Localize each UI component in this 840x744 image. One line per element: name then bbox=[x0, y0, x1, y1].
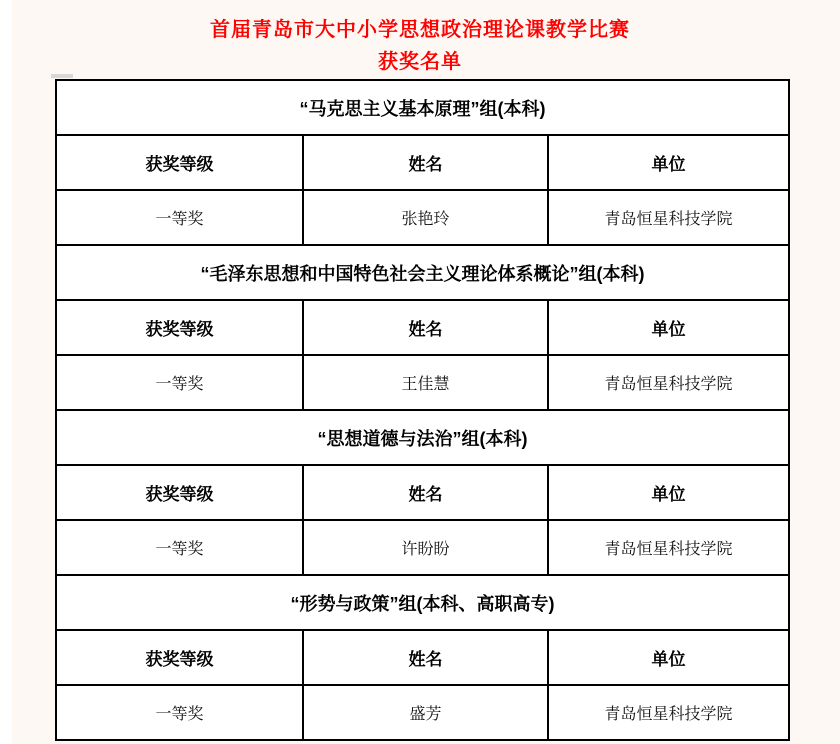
document-subtitle: 获奖名单 bbox=[0, 50, 840, 74]
table-row: 一等奖许盼盼青岛恒星科技学院 bbox=[56, 520, 789, 575]
award-level-cell: 一等奖 bbox=[56, 355, 303, 410]
name-cell: 盛芳 bbox=[303, 685, 548, 740]
column-header-award-level: 获奖等级 bbox=[56, 300, 303, 355]
awards-table-body: “马克思主义基本原理”组(本科)获奖等级姓名单位一等奖张艳玲青岛恒星科技学院“毛… bbox=[56, 80, 789, 740]
name-cell: 王佳慧 bbox=[303, 355, 548, 410]
column-header-name: 姓名 bbox=[303, 300, 548, 355]
column-header-award-level: 获奖等级 bbox=[56, 465, 303, 520]
column-header-organization: 单位 bbox=[548, 465, 789, 520]
column-header-name: 姓名 bbox=[303, 135, 548, 190]
table-row: 一等奖盛芳青岛恒星科技学院 bbox=[56, 685, 789, 740]
group-header-row: “马克思主义基本原理”组(本科) bbox=[56, 80, 789, 135]
page-left-margin bbox=[0, 0, 12, 744]
group-header-row: “思想道德与法治”组(本科) bbox=[56, 410, 789, 465]
name-cell: 张艳玲 bbox=[303, 190, 548, 245]
group-header-row: “毛泽东思想和中国特色社会主义理论体系概论”组(本科) bbox=[56, 245, 789, 300]
column-header-organization: 单位 bbox=[548, 630, 789, 685]
organization-cell: 青岛恒星科技学院 bbox=[548, 355, 789, 410]
group-header-cell: “毛泽东思想和中国特色社会主义理论体系概论”组(本科) bbox=[56, 245, 789, 300]
group-header-cell: “马克思主义基本原理”组(本科) bbox=[56, 80, 789, 135]
name-cell: 许盼盼 bbox=[303, 520, 548, 575]
column-header-name: 姓名 bbox=[303, 465, 548, 520]
table-row: 一等奖张艳玲青岛恒星科技学院 bbox=[56, 190, 789, 245]
group-header-cell: “形势与政策”组(本科、高职高专) bbox=[56, 575, 789, 630]
scan-artifact bbox=[51, 74, 73, 78]
award-level-cell: 一等奖 bbox=[56, 190, 303, 245]
column-header-row: 获奖等级姓名单位 bbox=[56, 465, 789, 520]
column-header-name: 姓名 bbox=[303, 630, 548, 685]
column-header-row: 获奖等级姓名单位 bbox=[56, 135, 789, 190]
column-header-row: 获奖等级姓名单位 bbox=[56, 630, 789, 685]
group-header-cell: “思想道德与法治”组(本科) bbox=[56, 410, 789, 465]
column-header-organization: 单位 bbox=[548, 300, 789, 355]
award-level-cell: 一等奖 bbox=[56, 685, 303, 740]
column-header-award-level: 获奖等级 bbox=[56, 135, 303, 190]
awards-table: “马克思主义基本原理”组(本科)获奖等级姓名单位一等奖张艳玲青岛恒星科技学院“毛… bbox=[55, 79, 790, 741]
group-header-row: “形势与政策”组(本科、高职高专) bbox=[56, 575, 789, 630]
table-row: 一等奖王佳慧青岛恒星科技学院 bbox=[56, 355, 789, 410]
organization-cell: 青岛恒星科技学院 bbox=[548, 520, 789, 575]
organization-cell: 青岛恒星科技学院 bbox=[548, 190, 789, 245]
column-header-row: 获奖等级姓名单位 bbox=[56, 300, 789, 355]
column-header-organization: 单位 bbox=[548, 135, 789, 190]
award-level-cell: 一等奖 bbox=[56, 520, 303, 575]
document-title: 首届青岛市大中小学思想政治理论课教学比赛 bbox=[0, 18, 840, 42]
column-header-award-level: 获奖等级 bbox=[56, 630, 303, 685]
organization-cell: 青岛恒星科技学院 bbox=[548, 685, 789, 740]
